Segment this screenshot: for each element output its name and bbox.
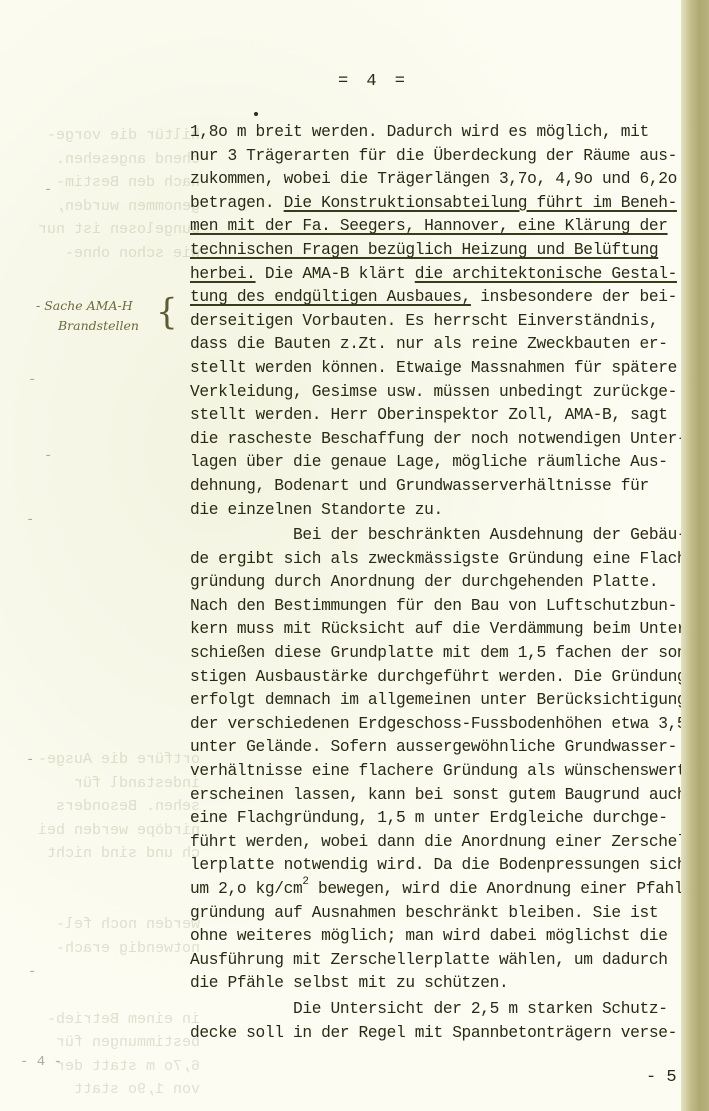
text-line: verhältnisse eine flachere Gründung als … [190, 760, 709, 784]
text-line: die einzelnen Standorte zu. [190, 499, 709, 523]
text-line: unter Gelände. Sofern aussergewöhnliche … [190, 736, 709, 760]
text-run: lagen über die genaue Lage, mögliche räu… [190, 453, 668, 471]
text-run: decke soll in der Regel mit Spannbetontr… [190, 1024, 677, 1042]
text-line: derseitigen Vorbauten. Es herrscht Einve… [190, 310, 709, 334]
document-page: hiltür die vorge- chend angesehen. nach … [0, 0, 709, 1111]
margin-dash: - [28, 372, 36, 388]
text-run: Verkleidung, Gesimse usw. müssen unbedin… [190, 383, 677, 401]
text-run: stellt werden. Herr Oberinspektor Zoll, … [190, 406, 668, 424]
text-line: die rascheste Beschaffung der noch notwe… [190, 428, 709, 452]
typewritten-body: 1,8o m breit werden. Dadurch wird es mög… [190, 121, 709, 1045]
text-line: erscheinen lassen, kann bei sonst gutem … [190, 784, 709, 808]
text-run: de ergibt sich als zweckmässigste Gründu… [190, 550, 686, 568]
margin-dash: - 4 - [20, 1054, 62, 1070]
text-line: lerplatte notwendig wird. Da die Bodenpr… [190, 854, 709, 878]
text-line: technischen Fragen bezüglich Heizung und… [190, 239, 709, 263]
text-line: zukommen, wobei die Trägerlängen 3,7o, 4… [190, 168, 709, 192]
underlined-text: Die Konstruktionsabteilung führt im Bene… [284, 194, 677, 212]
text-line: stellt werden können. Etwaige Massnahmen… [190, 357, 709, 381]
text-run: die rascheste Beschaffung der noch notwe… [190, 430, 686, 448]
text-run: zukommen, wobei die Trägerlängen 3,7o, 4… [190, 170, 696, 188]
text-run: gründung auf Ausnahmen beschränkt bleibe… [190, 904, 658, 922]
bleed-through-text-bottom: ortfüre die Ausge- indestandl für sehen.… [20, 748, 200, 1102]
text-line: lagen über die genaue Lage, mögliche räu… [190, 451, 709, 475]
curly-brace-mark: { [156, 291, 178, 333]
text-run: die Pfähle selbst mit zu schützen. [190, 974, 508, 992]
margin-dash: - [26, 512, 34, 528]
text-run: ohne weiteres möglich; man wird dabei mö… [190, 927, 668, 945]
superscript: 2 [302, 876, 308, 888]
text-line: gründung auf Ausnahmen beschränkt bleibe… [190, 902, 709, 926]
text-run: nur 3 Trägerarten für die Überdeckung de… [190, 147, 677, 165]
text-line: die Pfähle selbst mit zu schützen. [190, 972, 709, 996]
text-line: 1,8o m breit werden. Dadurch wird es mög… [190, 121, 709, 145]
text-run: erscheinen lassen, kann bei sonst gutem … [190, 786, 686, 804]
text-line: decke soll in der Regel mit Spannbetontr… [190, 1022, 709, 1046]
margin-dash: - [26, 752, 34, 768]
text-line: betragen. Die Konstruktionsabteilung füh… [190, 192, 709, 216]
text-run: stigen Ausbaustärke durchgeführt werden.… [190, 668, 686, 686]
text-line: Ausführung mit Zerschellerplatte wählen,… [190, 949, 709, 973]
text-line: tung des endgültigen Ausbaues, insbesond… [190, 286, 709, 310]
text-run: Bei der beschränkten Ausdehnung der Gebä… [190, 526, 686, 544]
text-run: gründung durch Anordnung der durchgehend… [190, 573, 658, 591]
text-run: insbesondere der bei- [471, 288, 677, 306]
underlined-text: technischen Fragen bezüglich Heizung und… [190, 241, 658, 259]
text-run: dehnung, Bodenart und Grundwasserverhält… [190, 477, 649, 495]
underlined-text: die architektonische Gestal- [415, 265, 677, 283]
text-run: um 2,o kg/cm [190, 880, 302, 898]
text-line: Verkleidung, Gesimse usw. müssen unbedin… [190, 381, 709, 405]
text-run: betragen. [190, 194, 284, 212]
text-run: erfolgt demnach im allgemeinen unter Ber… [190, 691, 686, 709]
text-run: Die AMA-B klärt [256, 265, 415, 283]
text-line: de ergibt sich als zweckmässigste Gründu… [190, 548, 709, 572]
text-run: Ausführung mit Zerschellerplatte wählen,… [190, 951, 668, 969]
page-number: = 4 = [338, 72, 409, 91]
text-run: kern muss mit Rücksicht auf die Verdämmu… [190, 620, 686, 638]
text-line: nur 3 Trägerarten für die Überdeckung de… [190, 145, 709, 169]
text-line: Die Untersicht der 2,5 m starken Schutz- [190, 998, 709, 1022]
text-run: lerplatte notwendig wird. Da die Bodenpr… [190, 856, 686, 874]
text-run: führt werden, wobei dann die Anordnung e… [190, 833, 686, 851]
underlined-text: tung des endgültigen Ausbaues, [190, 288, 471, 306]
text-line: stellt werden. Herr Oberinspektor Zoll, … [190, 404, 709, 428]
page-edge-shadow [681, 0, 709, 1111]
text-line: dass die Bauten z.Zt. nur als reine Zwec… [190, 333, 709, 357]
text-line: erfolgt demnach im allgemeinen unter Ber… [190, 689, 709, 713]
text-line: dehnung, Bodenart und Grundwasserverhält… [190, 475, 709, 499]
margin-dash: - [28, 964, 36, 980]
text-run: schießen diese Grundplatte mit dem 1,5 f… [190, 644, 686, 662]
text-line: eine Flachgründung, 1,5 m unter Erdgleic… [190, 807, 709, 831]
text-line: um 2,o kg/cm2 bewegen, wird die Anordnun… [190, 878, 709, 902]
underlined-text: men mit der Fa. Seegers, Hannover, eine … [190, 217, 668, 235]
text-line: gründung durch Anordnung der durchgehend… [190, 571, 709, 595]
text-line: der verschiedenen Erdgeschoss-Fussbodenh… [190, 713, 709, 737]
text-line: stigen Ausbaustärke durchgeführt werden.… [190, 666, 709, 690]
text-run: stellt werden können. Etwaige Massnahmen… [190, 359, 677, 377]
ink-dot [254, 112, 258, 116]
text-run: Die Untersicht der 2,5 m starken Schutz- [190, 1000, 668, 1018]
text-run: verhältnisse eine flachere Gründung als … [190, 762, 686, 780]
text-run: unter Gelände. Sofern aussergewöhnliche … [190, 738, 677, 756]
text-run: bewegen, wird die Anordnung einer Pfahl [309, 880, 684, 898]
margin-dash: - [44, 182, 52, 198]
text-run: die einzelnen Standorte zu. [190, 501, 443, 519]
text-run: Nach den Bestimmungen für den Bau von Lu… [190, 597, 677, 615]
text-run: 1,8o m breit werden. Dadurch wird es mög… [190, 123, 649, 141]
margin-dash: - [44, 448, 52, 464]
text-line: schießen diese Grundplatte mit dem 1,5 f… [190, 642, 709, 666]
text-line: kern muss mit Rücksicht auf die Verdämmu… [190, 618, 709, 642]
text-run: dass die Bauten z.Zt. nur als reine Zwec… [190, 335, 668, 353]
next-page-marker: - 5 [646, 1068, 677, 1087]
text-line: Nach den Bestimmungen für den Bau von Lu… [190, 595, 709, 619]
text-line: herbei. Die AMA-B klärt die architektoni… [190, 263, 709, 287]
text-line: Bei der beschränkten Ausdehnung der Gebä… [190, 524, 709, 548]
text-line: führt werden, wobei dann die Anordnung e… [190, 831, 709, 855]
underlined-text: herbei. [190, 265, 256, 283]
text-run: eine Flachgründung, 1,5 m unter Erdgleic… [190, 809, 668, 827]
text-run: derseitigen Vorbauten. Es herrscht Einve… [190, 312, 658, 330]
text-run: der verschiedenen Erdgeschoss-Fussbodenh… [190, 715, 686, 733]
text-line: men mit der Fa. Seegers, Hannover, eine … [190, 215, 709, 239]
text-line: ohne weiteres möglich; man wird dabei mö… [190, 925, 709, 949]
